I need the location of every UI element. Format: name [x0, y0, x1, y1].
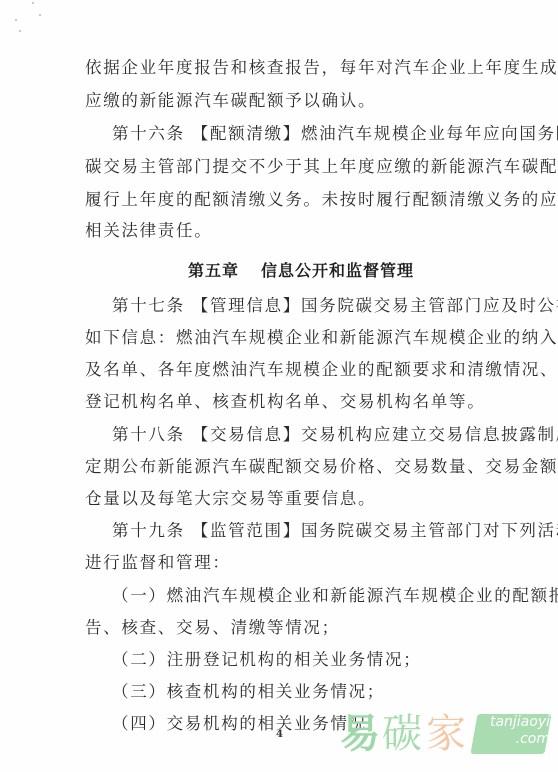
watermark-domain-line2: .com — [480, 731, 550, 748]
watermark-logo: 易 碳 家 tanjiaoyi .com — [340, 708, 555, 760]
watermark-domain-line1: tanjiaoyi — [480, 714, 550, 731]
article-16-line: 相关法律责任。 — [85, 221, 487, 241]
paragraph-line: 依据企业年度报告和核查报告，每年对汽车企业上年度生成的和 — [85, 58, 487, 78]
chapter-number: 第五章 — [188, 261, 239, 280]
article-19-item: 告、核查、交易、清缴等情况； — [85, 618, 487, 638]
article-17-line: 登记机构名单、核查机构名单、交易机构名单等。 — [85, 392, 487, 412]
article-19-item: （三）核查机构的相关业务情况； — [112, 682, 488, 702]
scan-speck — [15, 19, 17, 21]
chapter-heading: 第五章信息公开和监督管理 — [188, 258, 414, 281]
scan-speck — [19, 30, 21, 32]
article-18-line: 仓量以及每笔大宗交易等重要信息。 — [85, 489, 487, 509]
article-18-line: 第十八条 【交易信息】交易机构应建立交易信息披露制度， — [112, 425, 488, 445]
scan-speck — [39, 14, 41, 16]
chapter-title: 信息公开和监督管理 — [261, 261, 414, 280]
scanned-document-page: 依据企业年度报告和核查报告，每年对汽车企业上年度生成的和 应缴的新能源汽车碳配额… — [0, 0, 558, 772]
article-19-line: 第十九条 【监管范围】国务院碳交易主管部门对下列活动 — [112, 521, 488, 541]
article-19-line: 进行监督和管理： — [85, 553, 487, 573]
watermark-domain-text: tanjiaoyi .com — [480, 714, 550, 748]
watermark-char-tan: 碳 — [382, 708, 422, 760]
article-18-line: 定期公布新能源汽车碳配额交易价格、交易数量、交易金额、持 — [85, 457, 487, 477]
article-17-line: 及名单、各年度燃油汽车规模企业的配额要求和清缴情况、注册 — [85, 360, 487, 380]
watermark-char-yi: 易 — [340, 708, 380, 760]
scan-speck — [32, 2, 34, 4]
watermark-char-jia: 家 — [426, 708, 466, 760]
page-number: 4 — [276, 729, 283, 740]
article-16-line: 碳交易主管部门提交不少于其上年度应缴的新能源汽车碳配额， — [85, 157, 487, 177]
article-19-item: （一）燃油汽车规模企业和新能源汽车规模企业的配额报 — [112, 586, 488, 606]
article-16-line: 履行上年度的配额清缴义务。未按时履行配额清缴义务的应承担 — [85, 190, 487, 210]
article-17-line: 第十七条 【管理信息】国务院碳交易主管部门应及时公布 — [112, 296, 488, 316]
article-16-line: 第十六条 【配额清缴】燃油汽车规模企业每年应向国务院 — [112, 124, 488, 144]
paragraph-line: 应缴的新能源汽车碳配额予以确认。 — [85, 91, 487, 111]
article-19-item: （二）注册登记机构的相关业务情况； — [112, 650, 488, 670]
article-17-line: 如下信息：燃油汽车规模企业和新能源汽车规模企业的纳入标准 — [85, 328, 487, 348]
